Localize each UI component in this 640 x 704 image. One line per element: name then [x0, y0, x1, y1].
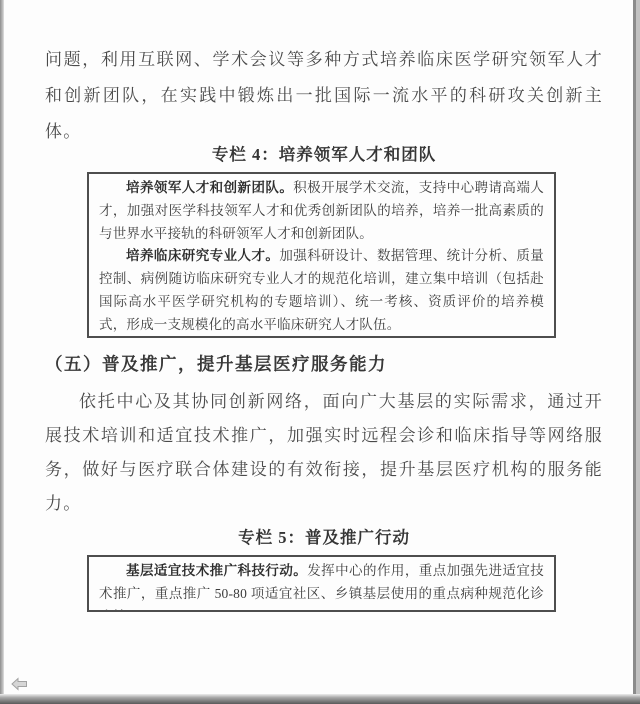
- section5-paragraph: 依托中心及其协同创新网络，面向广大基层的实际需求，通过开展技术培训和适宜技术推广…: [45, 385, 603, 521]
- page-right-edge-shadow: [633, 0, 636, 704]
- column5-box: 基层适宜技术推广科技行动。发挥中心的作用，重点加强先进适宜技术推广，重点推广 5…: [87, 555, 556, 612]
- column5-item-1: 基层适宜技术推广科技行动。发挥中心的作用，重点加强先进适宜技术推广，重点推广 5…: [99, 560, 544, 612]
- column4-box: 培养领军人才和创新团队。积极开展学术交流，支持中心聘请高端人才，加强对医学科技领…: [87, 172, 556, 338]
- column5-title: 专栏 5：普及推广行动: [45, 527, 603, 549]
- page-left-edge: [0, 0, 4, 704]
- intro-paragraph: 问题，利用互联网、学术会议等多种方式培养临床医学研究领军人才和创新团队，在实践中…: [45, 42, 603, 150]
- column4-item-2: 培养临床研究专业人才。加强科研设计、数据管理、统计分析、质量控制、病例随访临床研…: [99, 245, 544, 336]
- section5-heading: （五）普及推广，提升基层医疗服务能力: [45, 352, 387, 376]
- column4-title: 专栏 4：培养领军人才和团队: [45, 144, 603, 166]
- back-arrow-icon[interactable]: [11, 677, 28, 691]
- page-right-edge: [636, 0, 640, 704]
- column5-item-1-lead: 基层适宜技术推广科技行动。: [126, 563, 307, 578]
- column4-item-2-lead: 培养临床研究专业人才。: [126, 248, 279, 263]
- document-page: 问题，利用互联网、学术会议等多种方式培养临床医学研究领军人才和创新团队，在实践中…: [0, 0, 640, 704]
- page-bottom-bar: [0, 694, 640, 704]
- column4-item-1: 培养领军人才和创新团队。积极开展学术交流，支持中心聘请高端人才，加强对医学科技领…: [99, 177, 544, 245]
- column4-item-1-lead: 培养领军人才和创新团队。: [126, 180, 293, 195]
